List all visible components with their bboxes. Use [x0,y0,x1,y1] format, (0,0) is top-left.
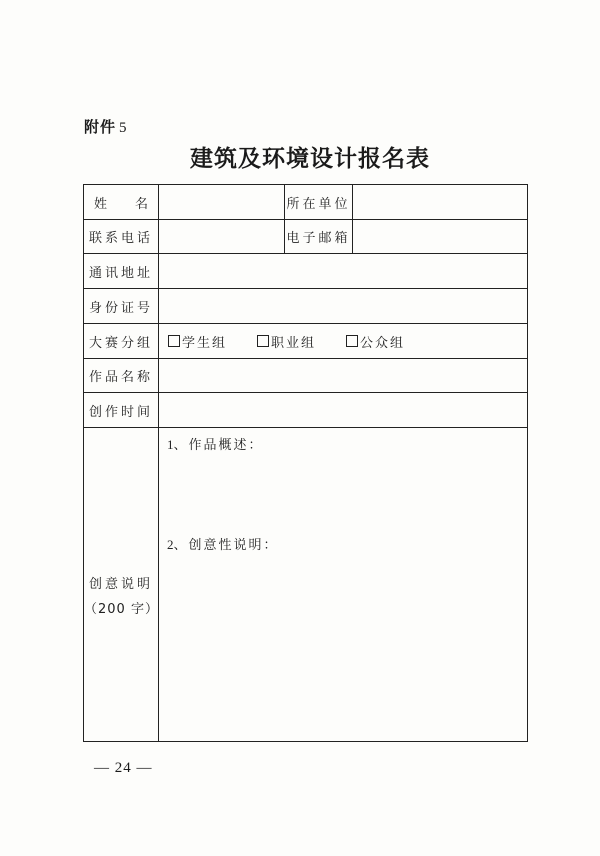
checkbox-icon[interactable] [257,335,269,347]
creation-time-field[interactable] [159,393,528,428]
name-field[interactable] [159,185,285,220]
row-work-title: 作品名称 [84,359,528,393]
email-label: 电子邮箱 [285,220,353,254]
work-title-label: 作品名称 [84,359,159,393]
description-item-overview: 1、作品概述： [167,434,264,453]
page-number: — 24 — [94,760,153,777]
creation-time-label: 创作时间 [84,393,159,428]
description-item-creativity: 2、创意性说明： [167,534,279,553]
attachment-label: 附件5 [84,116,128,137]
name-label: 姓名 [84,185,159,220]
row-creation-time: 创作时间 [84,393,528,428]
row-id-number: 身份证号 [84,289,528,324]
description-label: 创意说明 （200 字） [84,428,159,742]
option-professional[interactable]: 职业组 [257,332,316,351]
row-phone: 联系电话 电子邮箱 [84,220,528,254]
row-category: 大赛分组 学生组 职业组 公众组 [84,324,528,359]
organization-field[interactable] [353,185,528,220]
phone-field[interactable] [159,220,285,254]
row-description: 创意说明 （200 字） 1、作品概述： 2、创意性说明： [84,428,528,742]
form-title: 建筑及环境设计报名表 [0,140,600,173]
description-field[interactable]: 1、作品概述： 2、创意性说明： [159,428,528,742]
description-note: （200 字） [84,598,158,617]
option-student[interactable]: 学生组 [168,332,227,351]
registration-form-table: 姓名 所在单位 联系电话 电子邮箱 通讯地址 身份证号 大赛分组 学生组 职业组… [83,184,528,742]
address-label: 通讯地址 [84,254,159,289]
id-number-label: 身份证号 [84,289,159,324]
checkbox-icon[interactable] [168,335,180,347]
email-field[interactable] [353,220,528,254]
id-number-field[interactable] [159,289,528,324]
work-title-field[interactable] [159,359,528,393]
option-public[interactable]: 公众组 [346,332,405,351]
address-field[interactable] [159,254,528,289]
category-options: 学生组 职业组 公众组 [159,324,528,359]
category-label: 大赛分组 [84,324,159,359]
organization-label: 所在单位 [285,185,353,220]
row-name: 姓名 所在单位 [84,185,528,220]
row-address: 通讯地址 [84,254,528,289]
phone-label: 联系电话 [84,220,159,254]
checkbox-icon[interactable] [346,335,358,347]
